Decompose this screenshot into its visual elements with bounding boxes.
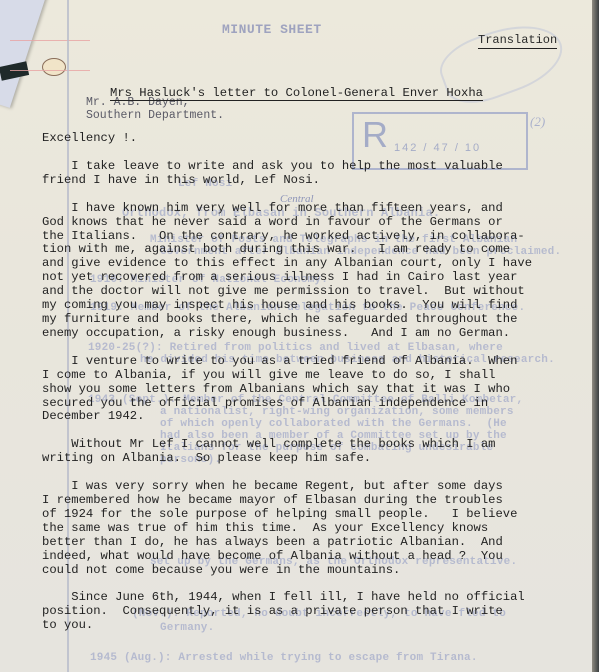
text-line: Without Mr Lef I cannot well complete th… xyxy=(42,438,582,452)
translation-label: Translation xyxy=(478,33,557,49)
text-line: I was very sorry when he became Regent, … xyxy=(42,480,582,494)
text-line: writing on Albania. So please keep him s… xyxy=(42,452,582,466)
text-line: December 1942. xyxy=(42,410,582,424)
text-line: secured you the official promises of Alb… xyxy=(42,397,582,411)
text-line: not yet recovered from a serious illness… xyxy=(42,271,582,285)
text-line: I come to Albania, if you will give me l… xyxy=(42,369,582,383)
stamp-enclosure-number: (2) xyxy=(530,114,545,130)
text-line: I venture to write to you as a tried fri… xyxy=(42,355,582,369)
paragraph: I was very sorry when he became Regent, … xyxy=(42,480,582,577)
text-line: better than I do, he has always been a p… xyxy=(42,536,582,550)
letter-body: Excellency !. I take leave to write and … xyxy=(42,132,582,647)
paragraph: I have known him very well for more than… xyxy=(42,202,582,341)
text-line: God knows that he never said a word in f… xyxy=(42,216,582,230)
paragraph: I venture to write to you as a tried fri… xyxy=(42,355,582,425)
salutation: Excellency !. xyxy=(42,132,582,146)
paragraph: I take leave to write and ask you to hel… xyxy=(42,160,582,188)
text-line: position. Consequently, it is as a priva… xyxy=(42,605,582,619)
text-line: of 1924 for the sole purpose of helping … xyxy=(42,508,582,522)
text-line: could not come because you were in the m… xyxy=(42,564,582,578)
punch-hole xyxy=(42,58,66,76)
text-line: to you. xyxy=(42,619,582,633)
text-line: my furniture and books there, which he s… xyxy=(42,313,582,327)
text-line: my coming you may inspect his house and … xyxy=(42,299,582,313)
paragraph: Without Mr Lef I cannot well complete th… xyxy=(42,438,582,466)
text-line: and the doctor will not give me permissi… xyxy=(42,285,582,299)
text-line: Since June 6th, 1944, when I fell ill, I… xyxy=(42,591,582,605)
document-page: MINUTE SHEET Translation Mr. A.B. Dayen,… xyxy=(0,0,592,672)
text-line: and give evidence to this effect in any … xyxy=(42,257,582,271)
red-rule-line xyxy=(10,40,90,41)
text-line: tion with me, against both during this w… xyxy=(42,243,582,257)
text-line: I have known him very well for more than… xyxy=(42,202,582,216)
text-line: I take leave to write and ask you to hel… xyxy=(42,160,582,174)
text-line: friend I have in this world, Lef Nosi. xyxy=(42,174,582,188)
page-edge-shadow xyxy=(592,0,599,672)
faded-note: 1945 (Aug.): Arrested while trying to es… xyxy=(90,652,478,664)
text-line: the Italians. On the contrary, he worked… xyxy=(42,230,582,244)
text-line: show you some letters from Albanians whi… xyxy=(42,383,582,397)
text-line: enemy occupation, a risky enough busines… xyxy=(42,327,582,341)
text-line: indeed, what would have become of Albani… xyxy=(42,550,582,564)
folded-corner xyxy=(0,0,47,108)
recipient-line: Southern Department. xyxy=(86,109,224,122)
letter-title: Mrs Hasluck's letter to Colonel-General … xyxy=(110,86,483,101)
form-title: MINUTE SHEET xyxy=(222,22,322,37)
text-line: the same was true of him this time. As y… xyxy=(42,522,582,536)
text-line: I remembered how he became mayor of Elba… xyxy=(42,494,582,508)
paragraph: Since June 6th, 1944, when I fell ill, I… xyxy=(42,591,582,633)
red-rule-line xyxy=(10,70,90,71)
